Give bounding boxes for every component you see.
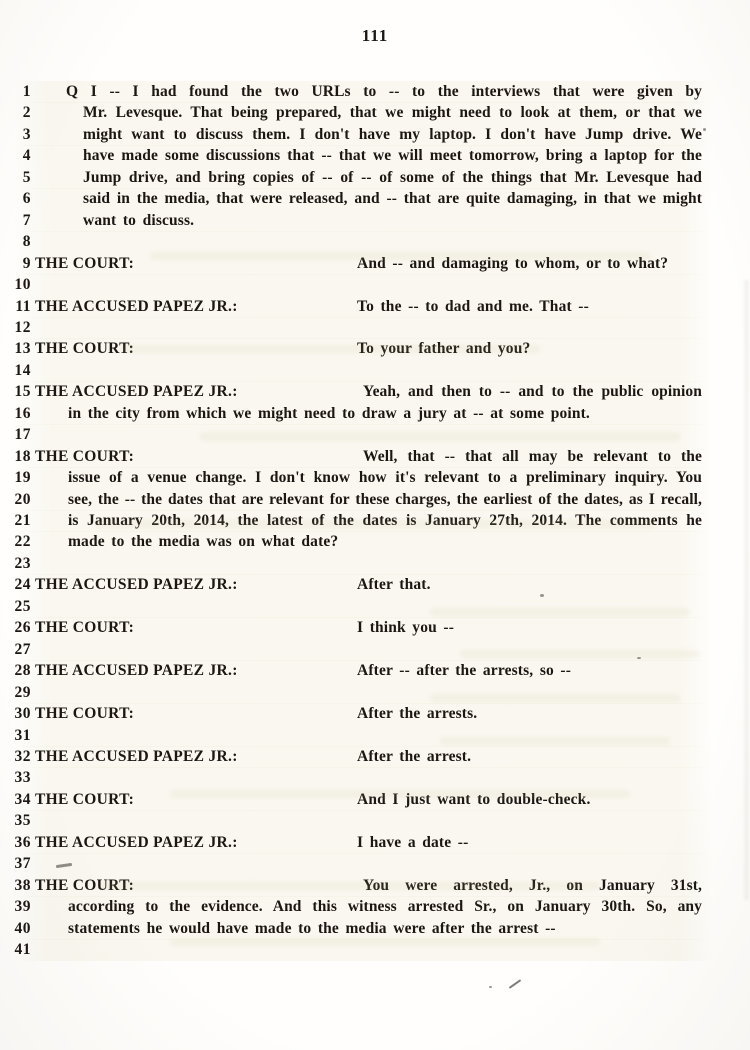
transcript-line: 19 issue of a venue change. I don't know… (0, 467, 750, 489)
line-number: 1 (0, 81, 31, 102)
line-text: see, the -- the dates that are relevant … (68, 489, 702, 510)
question-marker: Q (66, 83, 78, 100)
line-number: 31 (0, 725, 31, 746)
line-number: 3 (0, 124, 31, 145)
speaker-label: THE COURT: (35, 446, 134, 467)
line-number: 20 (0, 489, 31, 510)
speaker-label: THE ACCUSED PAPEZ JR.: (35, 660, 238, 681)
transcript-line: 39 according to the evidence. And this w… (0, 896, 750, 918)
speaker-label: THE COURT: (35, 617, 134, 638)
transcript-line: 33 (0, 767, 750, 789)
transcript-line: 37 (0, 853, 750, 875)
dialogue-text: To the -- to dad and me. That -- (357, 296, 702, 317)
line-number: 12 (0, 317, 31, 338)
dialogue-text: You were arrested, Jr., on January 31st, (363, 875, 702, 896)
transcript-line: 10 (0, 274, 750, 296)
dialogue-text: After that. (357, 574, 702, 595)
speaker-label: THE COURT: (35, 875, 134, 896)
transcript-line: 38 THE COURT:You were arrested, Jr., on … (0, 875, 750, 897)
transcript-line: 31 (0, 725, 750, 747)
transcript-line: 27 (0, 639, 750, 661)
transcript-line: 22 made to the media was on what date? (0, 531, 750, 553)
line-number: 38 (0, 875, 31, 896)
transcript-line: 21 is January 20th, 2014, the latest of … (0, 510, 750, 532)
dialogue-text: Well, that -- that all may be relevant t… (363, 446, 702, 467)
transcript-line: 4 have made some discussions that -- tha… (0, 145, 750, 167)
line-number: 27 (0, 639, 31, 660)
transcript-body: 1 Q I -- I had found the two URLs to -- … (0, 0, 750, 1050)
speaker-label: THE ACCUSED PAPEZ JR.: (35, 381, 238, 402)
transcript-line: 29 (0, 682, 750, 704)
speaker-label: THE COURT: (35, 338, 134, 359)
line-number: 35 (0, 810, 31, 831)
speaker-label: THE COURT: (35, 789, 134, 810)
transcript-line: 1 Q I -- I had found the two URLs to -- … (0, 81, 750, 103)
line-number: 19 (0, 467, 31, 488)
speaker-label: THE ACCUSED PAPEZ JR.: (35, 574, 238, 595)
line-text: Jump drive, and bring copies of -- of --… (83, 167, 702, 188)
line-number: 24 (0, 574, 31, 595)
transcript-line: 2 Mr. Levesque. That being prepared, tha… (0, 102, 750, 124)
line-text: issue of a venue change. I don't know ho… (68, 467, 702, 488)
question-text: Q I -- I had found the two URLs to -- to… (66, 81, 702, 102)
line-number: 23 (0, 553, 31, 574)
transcript-line: 16 in the city from which we might need … (0, 403, 750, 425)
transcript-line: 15 THE ACCUSED PAPEZ JR.:Yeah, and then … (0, 381, 750, 403)
line-number: 26 (0, 617, 31, 638)
line-text: have made some discussions that -- that … (83, 145, 702, 166)
dialogue-text: I think you -- (357, 617, 702, 638)
line-number: 36 (0, 832, 31, 853)
transcript-page: 111 1 Q I -- I had found the two URLs to… (0, 0, 750, 1050)
line-number: 39 (0, 896, 31, 917)
dialogue-text: Yeah, and then to -- and to the public o… (363, 381, 702, 402)
transcript-line: 35 (0, 810, 750, 832)
dialogue-text: And -- and damaging to whom, or to what? (357, 253, 702, 274)
transcript-line: 25 (0, 596, 750, 618)
transcript-line: 13 THE COURT:To your father and you? (0, 338, 750, 360)
transcript-line: 23 (0, 553, 750, 575)
line-number: 32 (0, 746, 31, 767)
transcript-line: 8 (0, 231, 750, 253)
line-number: 14 (0, 360, 31, 381)
speaker-label: THE ACCUSED PAPEZ JR.: (35, 296, 238, 317)
transcript-line: 26 THE COURT:I think you -- (0, 617, 750, 639)
transcript-line: 24 THE ACCUSED PAPEZ JR.:After that. (0, 574, 750, 596)
line-number: 37 (0, 853, 31, 874)
line-number: 41 (0, 939, 31, 960)
line-text: according to the evidence. And this witn… (68, 896, 702, 917)
transcript-line: 30 THE COURT:After the arrests. (0, 703, 750, 725)
line-number: 17 (0, 424, 31, 445)
dialogue-text: To your father and you? (357, 338, 702, 359)
line-number: 28 (0, 660, 31, 681)
line-number: 34 (0, 789, 31, 810)
line-number: 22 (0, 531, 31, 552)
transcript-line: 28 THE ACCUSED PAPEZ JR.:After -- after … (0, 660, 750, 682)
transcript-line: 34 THE COURT:And I just want to double-c… (0, 789, 750, 811)
line-text: said in the media, that were released, a… (83, 188, 702, 209)
dialogue-text: I have a date -- (357, 832, 702, 853)
transcript-line: 36 THE ACCUSED PAPEZ JR.:I have a date -… (0, 832, 750, 854)
line-number: 8 (0, 231, 31, 252)
line-text: want to discuss. (83, 210, 702, 231)
line-number: 29 (0, 682, 31, 703)
speaker-label: THE COURT: (35, 253, 134, 274)
transcript-line: 17 (0, 424, 750, 446)
transcript-line: 20 see, the -- the dates that are releva… (0, 489, 750, 511)
line-number: 30 (0, 703, 31, 724)
line-text: in the city from which we might need to … (68, 403, 702, 424)
dialogue-text: After the arrest. (357, 746, 702, 767)
line-number: 13 (0, 338, 31, 359)
transcript-line: 9 THE COURT:And -- and damaging to whom,… (0, 253, 750, 275)
line-number: 4 (0, 145, 31, 166)
line-number: 11 (0, 296, 31, 317)
transcript-line: 5 Jump drive, and bring copies of -- of … (0, 167, 750, 189)
transcript-line: 12 (0, 317, 750, 339)
line-number: 40 (0, 918, 31, 939)
line-number: 15 (0, 381, 31, 402)
line-number: 5 (0, 167, 31, 188)
line-text: Mr. Levesque. That being prepared, that … (83, 102, 702, 123)
line-number: 16 (0, 403, 31, 424)
transcript-line: 40 statements he would have made to the … (0, 918, 750, 940)
line-number: 33 (0, 767, 31, 788)
line-number: 7 (0, 210, 31, 231)
transcript-line: 7 want to discuss. (0, 210, 750, 232)
line-number: 2 (0, 102, 31, 123)
speaker-label: THE ACCUSED PAPEZ JR.: (35, 746, 238, 767)
line-text: might want to discuss them. I don't have… (83, 124, 702, 145)
transcript-line: 11 THE ACCUSED PAPEZ JR.:To the -- to da… (0, 296, 750, 318)
speaker-label: THE ACCUSED PAPEZ JR.: (35, 832, 238, 853)
dialogue-text: After -- after the arrests, so -- (357, 660, 702, 681)
transcript-line: 41 (0, 939, 750, 961)
line-text: is January 20th, 2014, the latest of the… (68, 510, 702, 531)
line-number: 18 (0, 446, 31, 467)
transcript-line: 32 THE ACCUSED PAPEZ JR.:After the arres… (0, 746, 750, 768)
line-text: made to the media was on what date? (68, 531, 702, 552)
transcript-line: 14 (0, 360, 750, 382)
line-number: 25 (0, 596, 31, 617)
dialogue-text: After the arrests. (357, 703, 702, 724)
line-text: statements he would have made to the med… (68, 918, 702, 939)
dialogue-text: And I just want to double-check. (357, 789, 702, 810)
speaker-label: THE COURT: (35, 703, 134, 724)
transcript-line: 3 might want to discuss them. I don't ha… (0, 124, 750, 146)
line-number: 9 (0, 253, 31, 274)
line-number: 10 (0, 274, 31, 295)
transcript-line: 6 said in the media, that were released,… (0, 188, 750, 210)
line-number: 21 (0, 510, 31, 531)
line-number: 6 (0, 188, 31, 209)
transcript-line: 18 THE COURT:Well, that -- that all may … (0, 446, 750, 468)
